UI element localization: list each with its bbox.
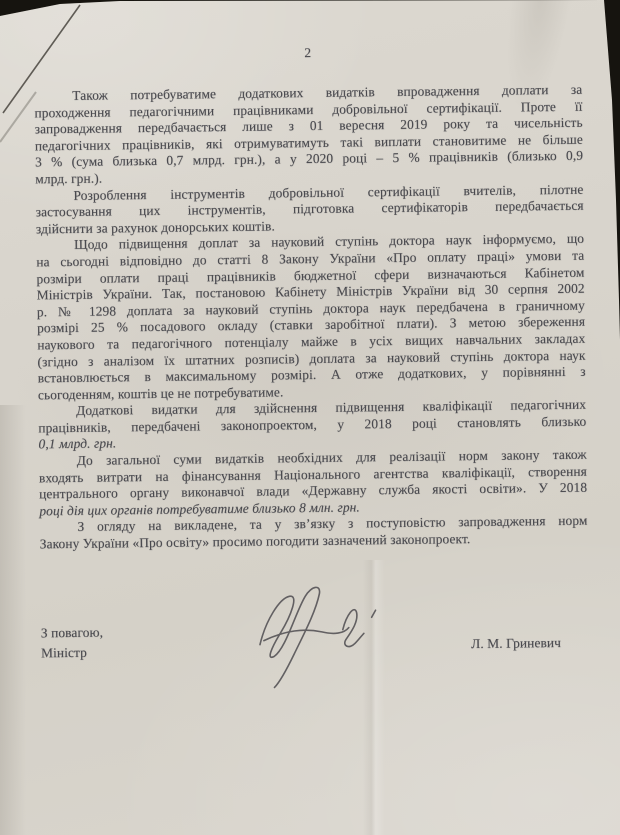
closing-left: З повагою, Міністр [41,622,104,663]
photo-of-letter: 2 Також потребуватиме додаткових видаткі… [0,0,620,835]
paper-shadow-left [0,405,26,835]
paragraph: З огляду на викладене, та у зв’язку з по… [39,513,587,553]
salutation: З повагою, [41,622,103,643]
closing-block: З повагою, Міністр Л. М. Гриневич [41,616,591,763]
signer-name: Л. М. Гриневич [471,635,561,652]
paragraph: Додаткові видатки для здійснення підвище… [38,397,587,453]
paragraph: Щодо підвищення доплат за науковий ступі… [36,231,586,404]
handwritten-signature-icon [245,581,396,695]
paragraph: Розроблення інструментів добровільної се… [35,181,584,237]
document-body: 2 Також потребуватиме додаткових видаткі… [34,41,591,763]
paragraphs-container: Також потребуватиме додаткових видатків … [34,82,588,553]
paragraph: Також потребуватиме додаткових видатків … [34,82,583,188]
signer-title: Міністр [41,642,103,663]
paragraph: До загальної суми видатків необхідних дл… [39,447,588,520]
